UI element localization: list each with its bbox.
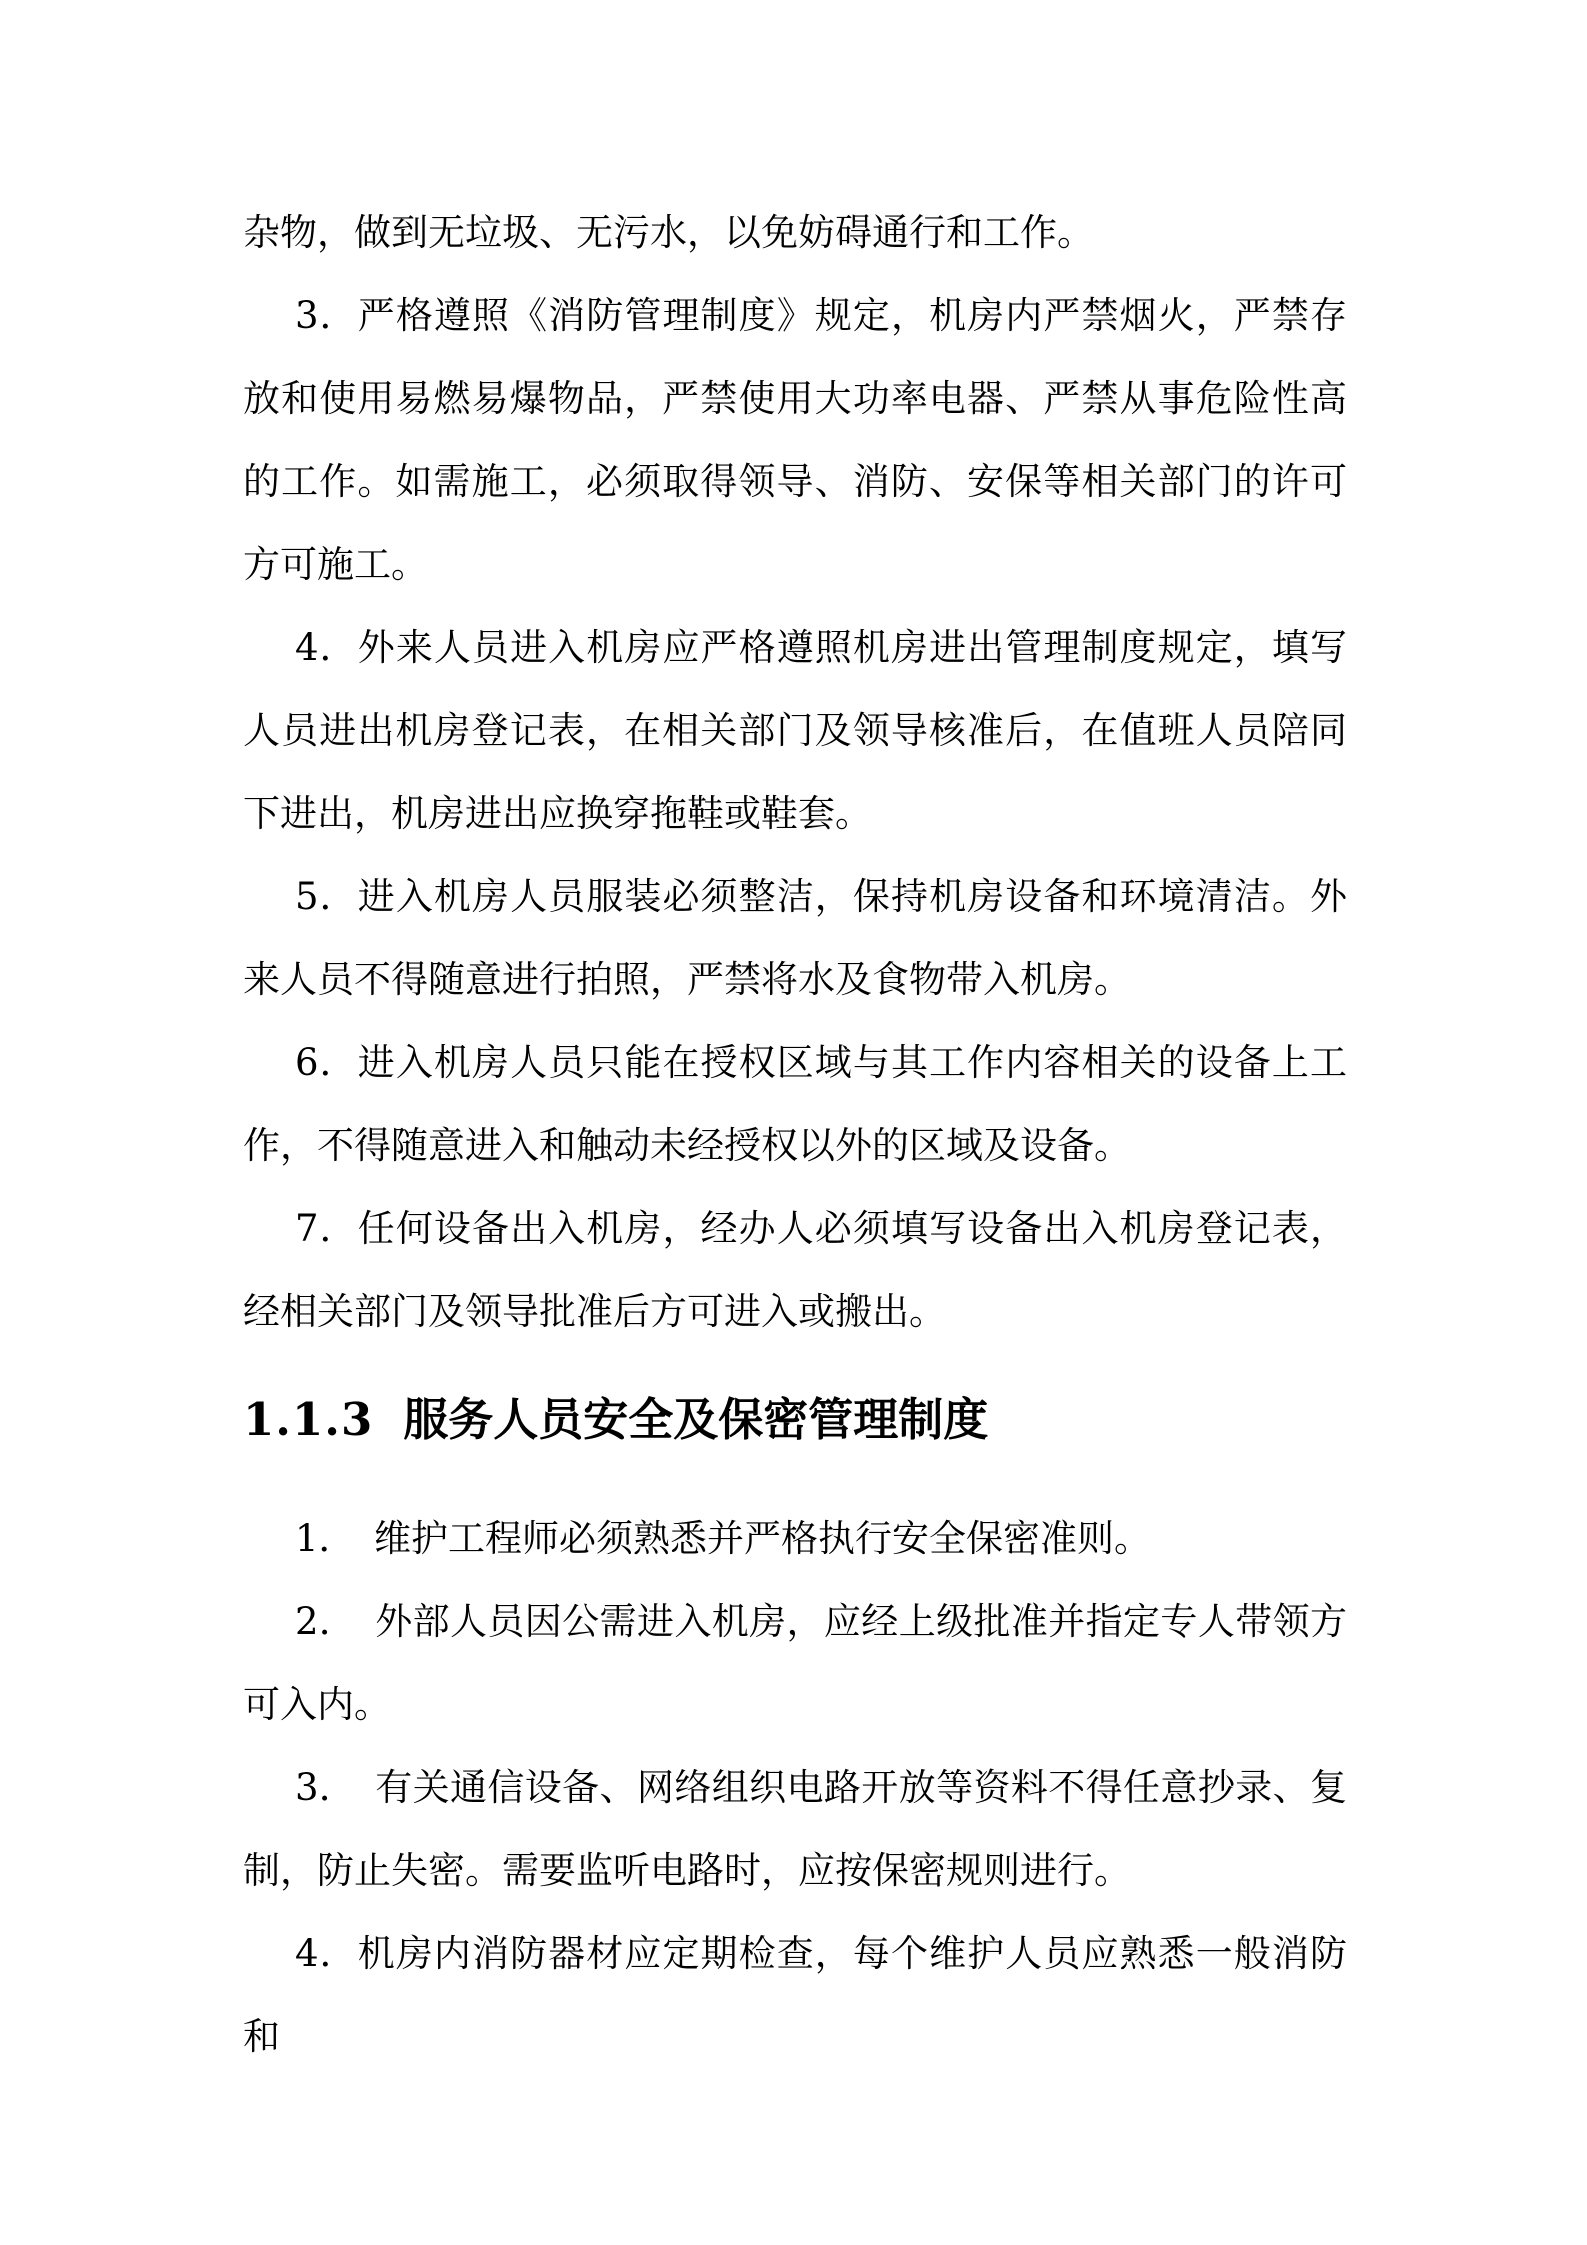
paragraph: 4．机房内消防器材应定期检查，每个维护人员应熟悉一般消防和	[243, 1912, 1347, 2078]
section-heading: 1.1.3服务人员安全及保密管理制度	[243, 1385, 1347, 1455]
paragraph: 3．严格遵照《消防管理制度》规定，机房内严禁烟火，严禁存放和使用易燃易爆物品，严…	[243, 274, 1347, 606]
document-body: 杂物，做到无垃圾、无污水，以免妨碍通行和工作。3．严格遵照《消防管理制度》规定，…	[243, 191, 1347, 2078]
paragraph: 6．进入机房人员只能在授权区域与其工作内容相关的设备上工作，不得随意进入和触动未…	[243, 1021, 1347, 1187]
paragraph: 7．任何设备出入机房，经办人必须填写设备出入机房登记表，经相关部门及领导批准后方…	[243, 1187, 1347, 1353]
paragraph: 3． 有关通信设备、网络组织电路开放等资料不得任意抄录、复制，防止失密。需要监听…	[243, 1746, 1347, 1912]
document-page: 杂物，做到无垃圾、无污水，以免妨碍通行和工作。3．严格遵照《消防管理制度》规定，…	[0, 0, 1587, 2245]
paragraph: 2． 外部人员因公需进入机房，应经上级批准并指定专人带领方可入内。	[243, 1580, 1347, 1746]
heading-number: 1.1.3	[243, 1393, 373, 1446]
paragraph: 5．进入机房人员服装必须整洁，保持机房设备和环境清洁。外来人员不得随意进行拍照，…	[243, 855, 1347, 1021]
paragraph: 1． 维护工程师必须熟悉并严格执行安全保密准则。	[243, 1497, 1347, 1580]
heading-title: 服务人员安全及保密管理制度	[403, 1393, 988, 1446]
paragraph: 杂物，做到无垃圾、无污水，以免妨碍通行和工作。	[243, 191, 1347, 274]
paragraph: 4．外来人员进入机房应严格遵照机房进出管理制度规定，填写人员进出机房登记表，在相…	[243, 606, 1347, 855]
